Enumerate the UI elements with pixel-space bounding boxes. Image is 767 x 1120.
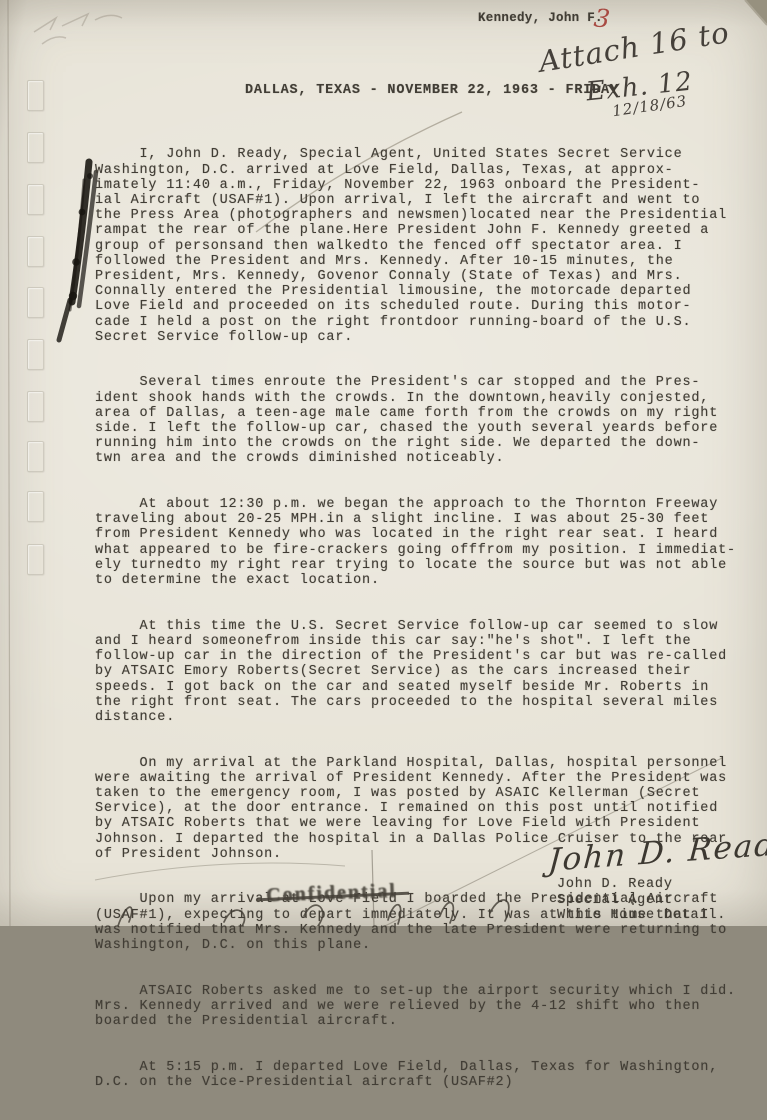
handwritten-page-number: 3 xyxy=(593,3,612,34)
punch-hole-mark xyxy=(27,339,44,370)
embossed-marks xyxy=(34,14,122,44)
signature-role: Special Agent xyxy=(557,893,726,909)
paragraph: At this time the U.S. Secret Service fol… xyxy=(95,619,755,725)
ink-smudge xyxy=(59,162,96,340)
signature-block: John D. Ready Special Agent White House … xyxy=(557,877,726,924)
punch-hole-mark xyxy=(27,391,44,422)
paragraph: At about 12:30 p.m. we began the approac… xyxy=(95,497,755,588)
punch-hole-mark xyxy=(27,491,44,522)
punch-hole-mark xyxy=(27,184,44,215)
document-title: DALLAS, TEXAS - NOVEMBER 22, 1963 - FRID… xyxy=(245,83,619,98)
paper-corner-background xyxy=(745,0,767,24)
punch-hole-mark xyxy=(27,132,44,163)
paragraph: I, John D. Ready, Special Agent, United … xyxy=(95,147,755,345)
document-page: Kennedy, John F. 3 Attach 16 to Exh. 12 … xyxy=(0,0,767,926)
header-subject-name: Kennedy, John F. xyxy=(478,11,603,25)
signature-unit: White House Detail. xyxy=(557,908,726,924)
signature-name: John D. Ready xyxy=(557,877,726,893)
paragraph: Several times enroute the President's ca… xyxy=(95,375,755,466)
report-body: I, John D. Ready, Special Agent, United … xyxy=(95,117,755,926)
punch-hole-mark xyxy=(27,287,44,318)
punch-hole-mark xyxy=(27,544,44,575)
punch-hole-mark xyxy=(27,441,44,472)
punch-hole-mark xyxy=(27,80,44,111)
punch-hole-mark xyxy=(27,236,44,267)
